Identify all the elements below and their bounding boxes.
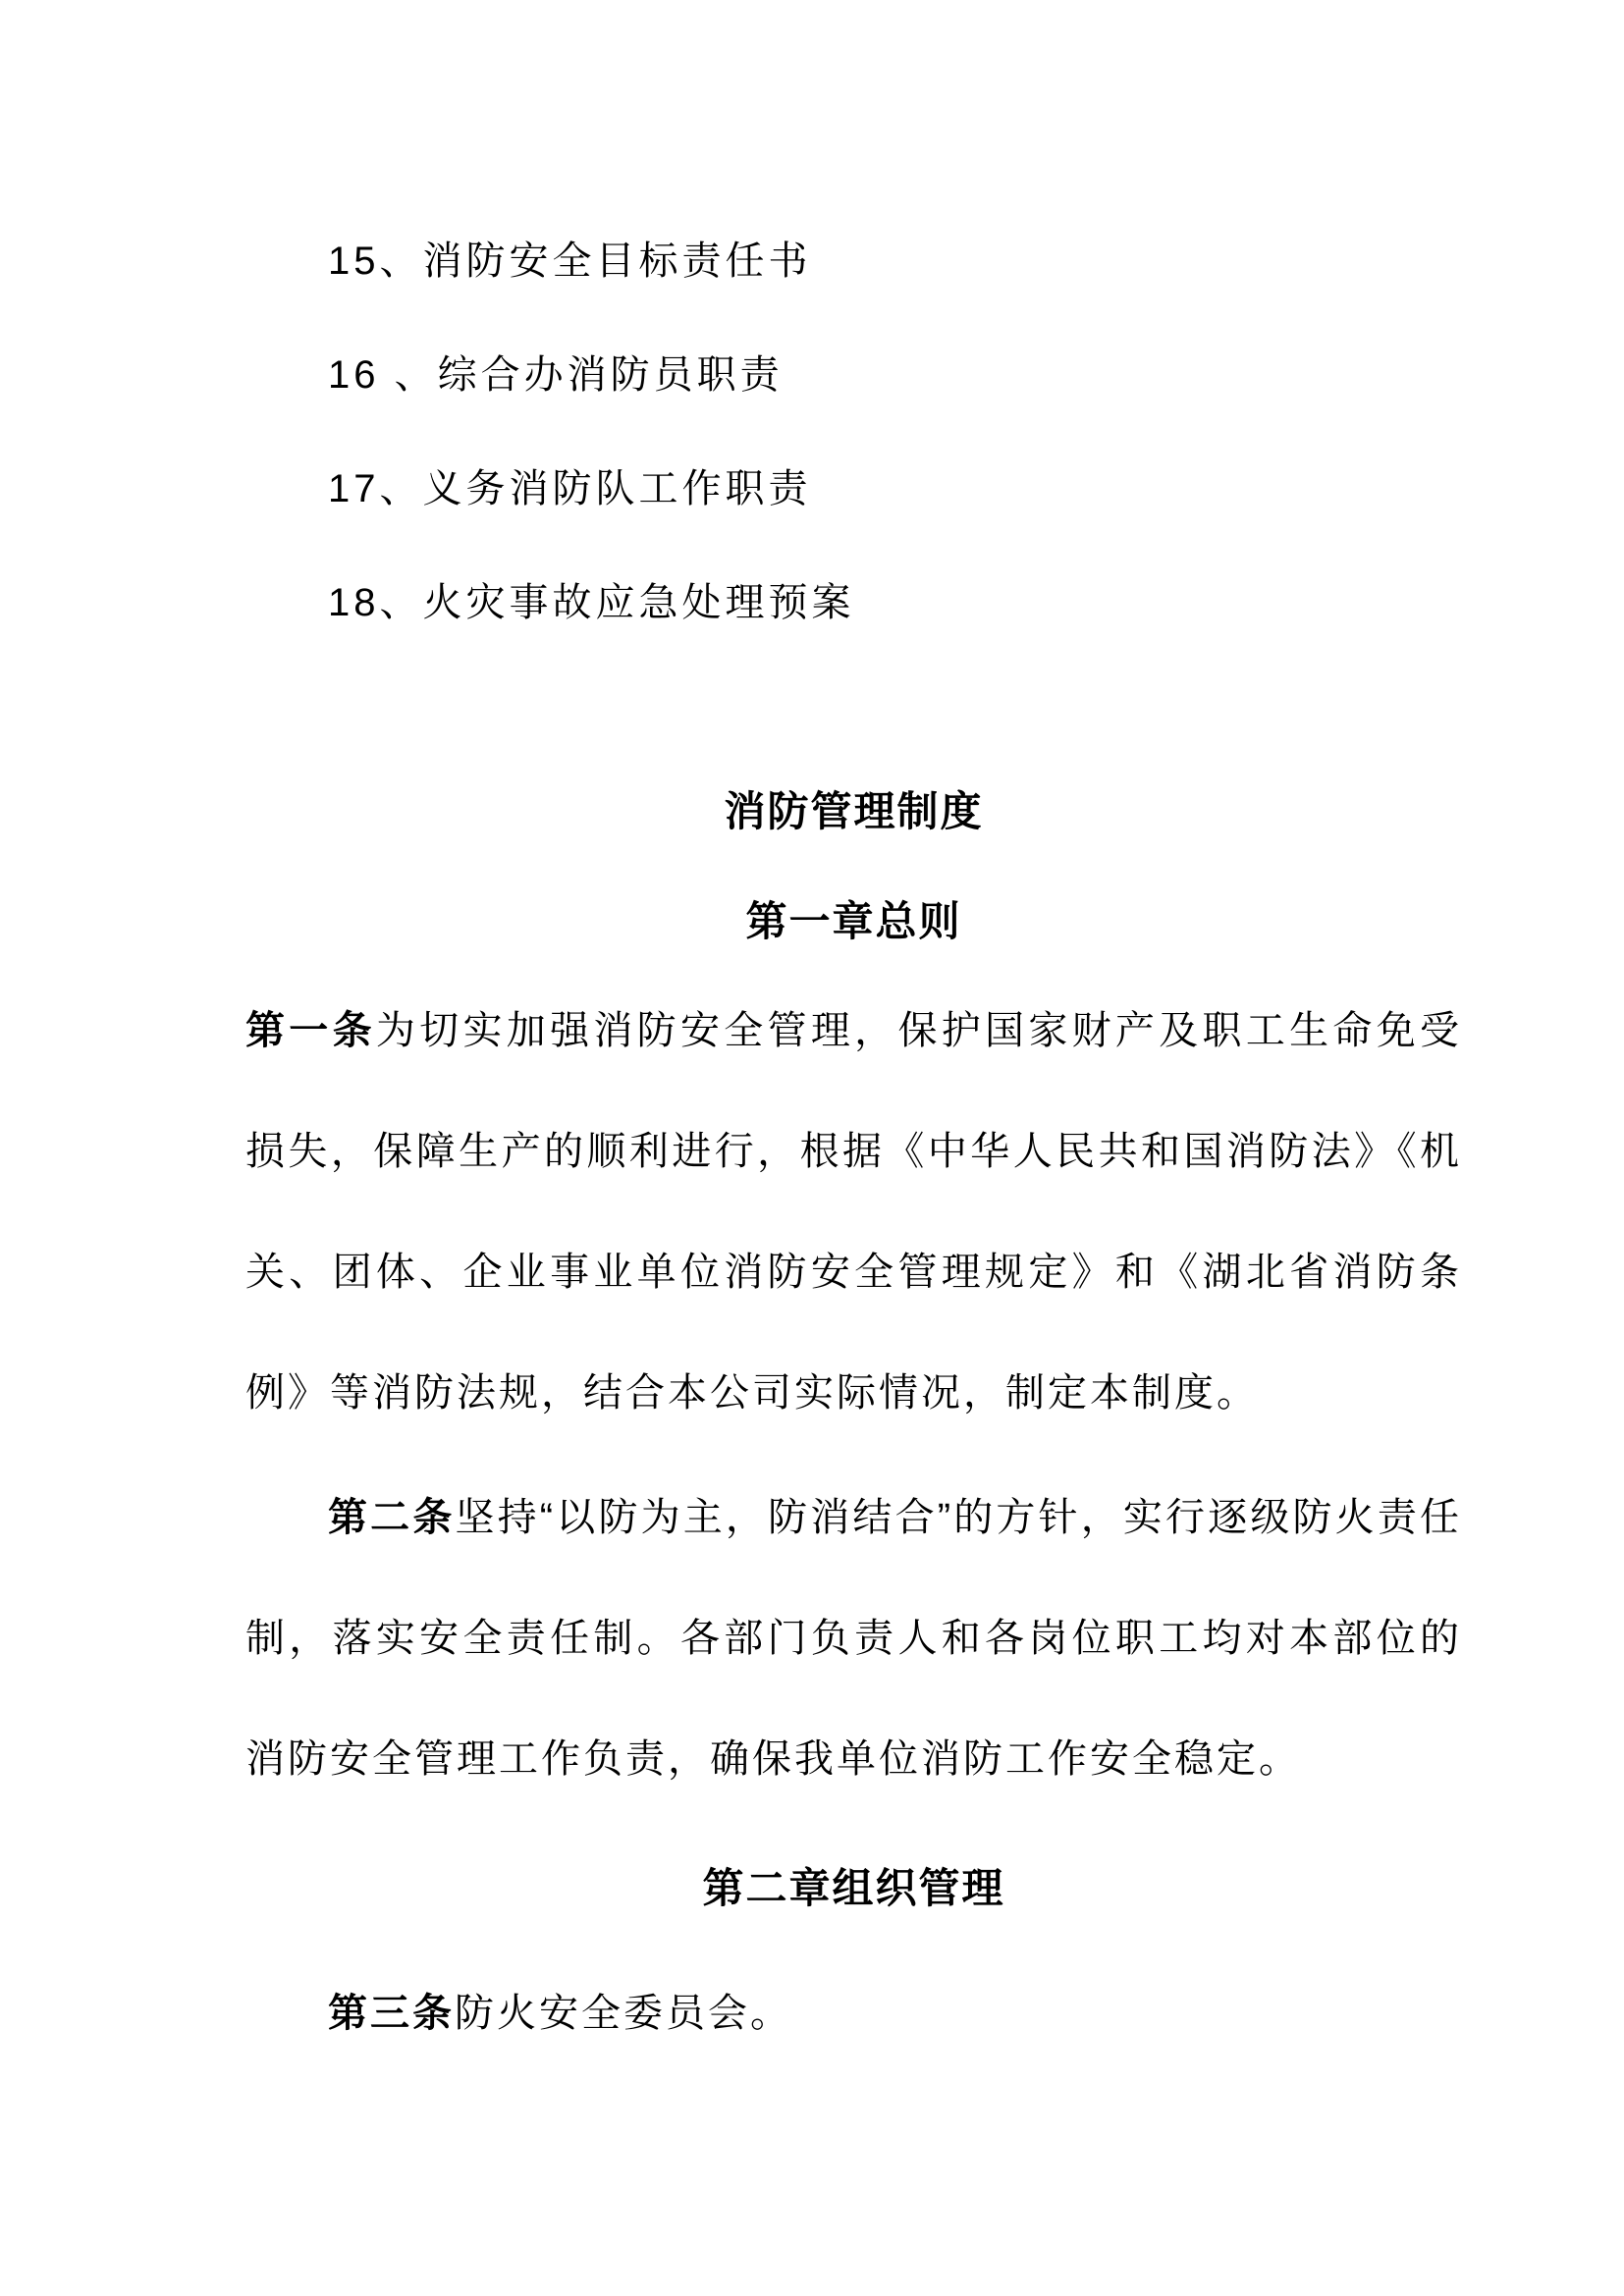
toc-list: 15、消防安全目标责任书 16 、综合办消防员职责 17、义务消防队工作职责 1…	[245, 240, 1462, 623]
document-title: 消防管理制度	[245, 790, 1462, 833]
article-3-text: 防火安全委员会。	[455, 1992, 792, 2035]
article-3-label: 第三条	[328, 1992, 455, 2035]
toc-item-15: 15、消防安全目标责任书	[245, 240, 1462, 282]
document-page: 15、消防安全目标责任书 16 、综合办消防员职责 17、义务消防队工作职责 1…	[0, 0, 1624, 2296]
chapter-1-heading: 第一章总则	[245, 900, 1462, 943]
chapter-2-heading: 第二章组织管理	[245, 1867, 1462, 1910]
article-1-text: 为切实加强消防安全管理，保护国家财产及职工生命免受损失，保障生产的顺利进行，根据…	[245, 1009, 1462, 1415]
article-2-label: 第二条	[328, 1496, 455, 1539]
article-2-paragraph: 第二条坚持“以防为主，防消结合”的方针，实行逐级防火责任制，落实安全责任制。各部…	[245, 1458, 1462, 1820]
article-1-paragraph: 第一条为切实加强消防安全管理，保护国家财产及职工生命免受损失，保障生产的顺利进行…	[245, 971, 1462, 1454]
article-1-label: 第一条	[245, 1009, 376, 1052]
toc-item-16: 16 、综合办消防员职责	[245, 354, 1462, 396]
toc-item-17: 17、义务消防队工作职责	[245, 468, 1462, 509]
article-3-paragraph: 第三条防火安全委员会。	[245, 1953, 1462, 2074]
toc-item-18: 18、火灾事故应急处理预案	[245, 582, 1462, 623]
